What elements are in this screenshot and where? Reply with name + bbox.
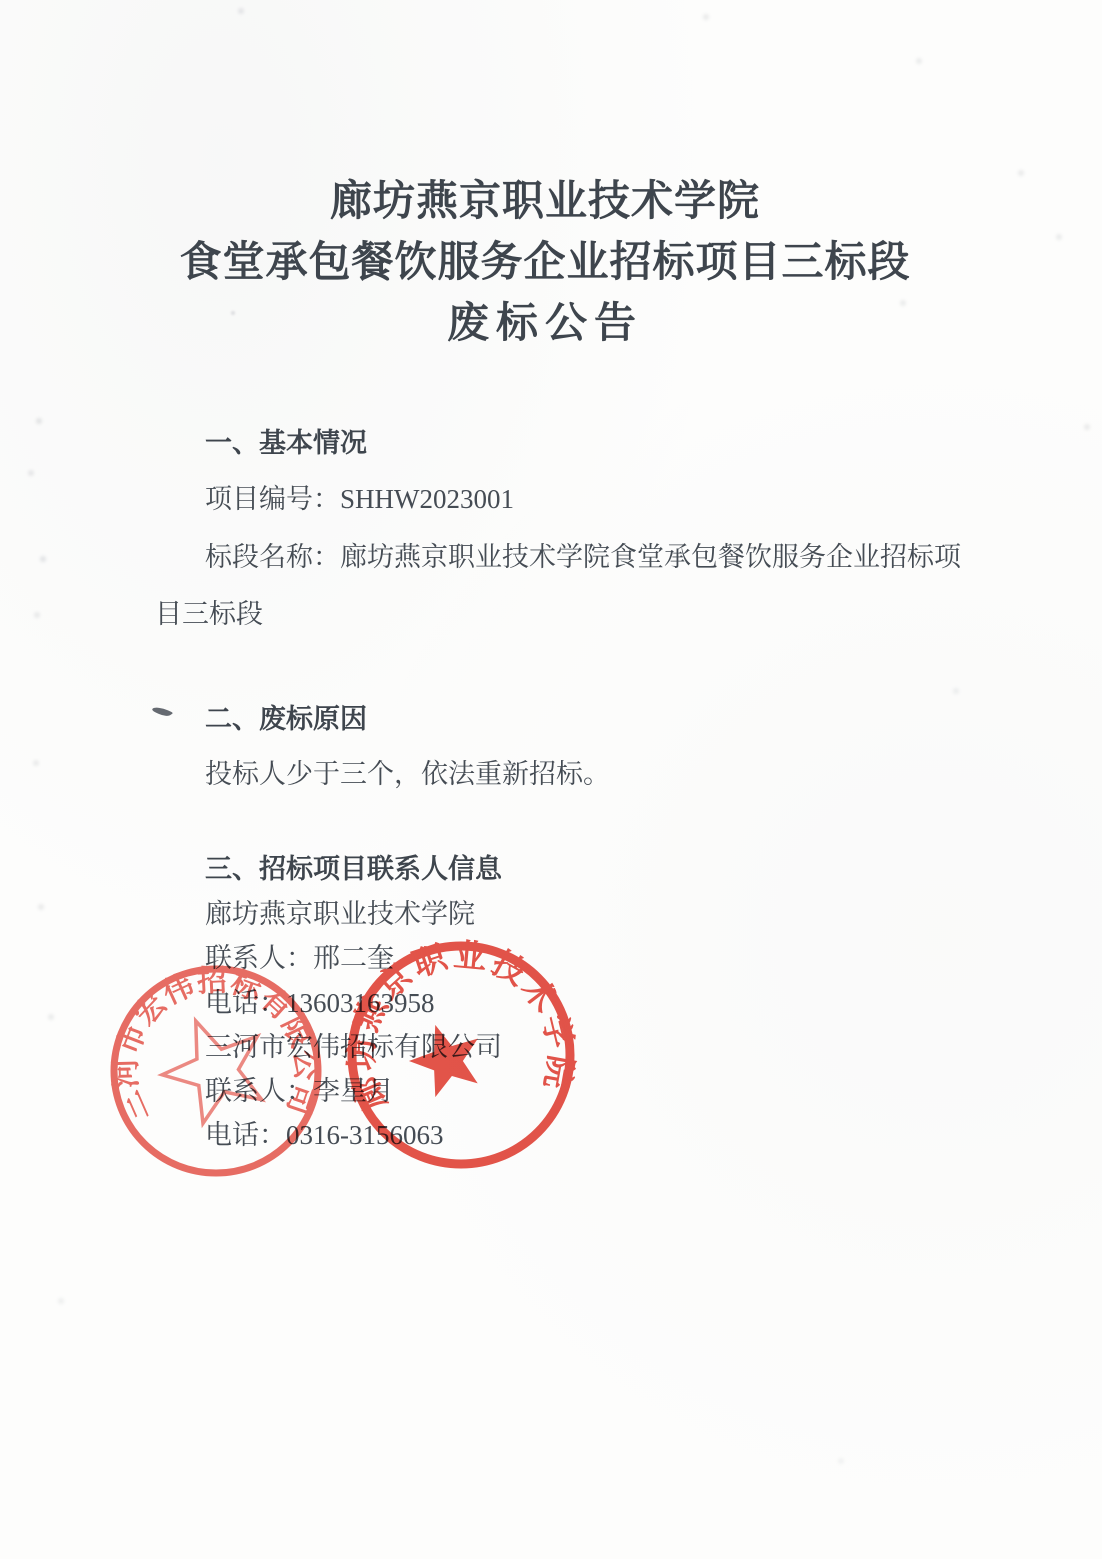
section-1-heading: 一、基本情况 xyxy=(205,421,367,460)
title-line-announcement: 废标公告 xyxy=(0,294,1096,355)
document-title: 廊坊燕京职业技术学院 食堂承包餐饮服务企业招标项目三标段 废标公告 xyxy=(0,172,1096,355)
agency-red-seal: 三河市宏伟招标有限公司 xyxy=(101,956,331,1186)
scanner-noise-specks xyxy=(0,0,2,2)
title-line-project: 食堂承包餐饮服务企业招标项目三标段 xyxy=(0,233,1096,294)
scanned-document-page: 廊坊燕京职业技术学院 食堂承包餐饮服务企业招标项目三标段 废标公告 一、基本情况… xyxy=(0,0,1102,1559)
star-solid-icon xyxy=(401,1014,491,1102)
project-number-line: 项目编号：SHHW2023001 xyxy=(205,477,514,516)
bid-section-name-continuation: 目三标段 xyxy=(155,592,263,631)
section-2-heading: 二、废标原因 xyxy=(205,697,367,736)
bid-section-name-line: 标段名称：廊坊燕京职业技术学院食堂承包餐饮服务企业招标项 xyxy=(205,535,961,574)
tenderer-name-line: 廊坊燕京职业技术学院 xyxy=(205,892,475,931)
title-line-organization: 廊坊燕京职业技术学院 xyxy=(0,172,1096,233)
star-outline-icon xyxy=(148,1002,280,1131)
college-seal-ring-text: 廊坊燕京职业技术学院 xyxy=(344,938,579,1116)
college-red-seal: 廊坊燕京职业技术学院 xyxy=(341,935,581,1175)
section-3-heading: 三、招标项目联系人信息 xyxy=(205,847,502,886)
cancellation-reason-line: 投标人少于三个，依法重新招标。 xyxy=(205,752,610,791)
stray-pen-mark xyxy=(151,705,174,717)
